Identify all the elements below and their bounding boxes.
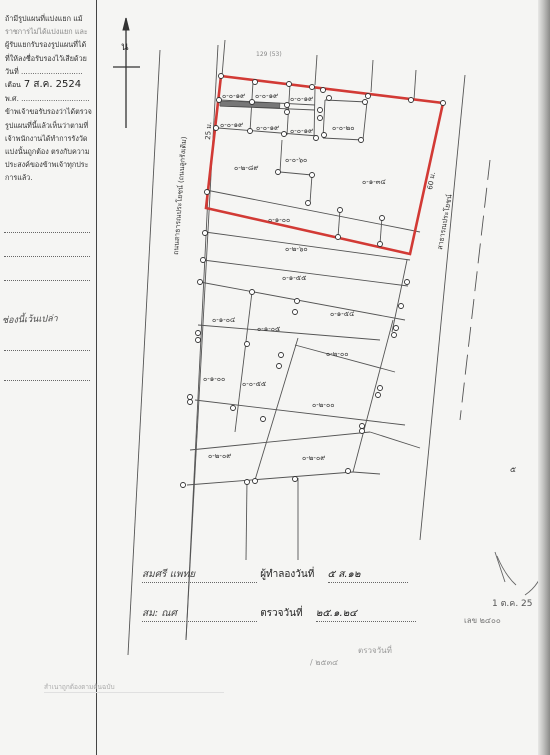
- survey-date-label: ผู้ทำลองวันที่: [260, 569, 314, 580]
- north-arrow-icon: น: [113, 18, 140, 128]
- top-note: 129 (53): [256, 51, 282, 58]
- bottom-note: สำเนาถูกต้องตามต้นฉบับ: [44, 682, 224, 693]
- parcel-area: ๐-๐-๒๐: [332, 124, 354, 132]
- parcel-area: ๐-๑-๐๕: [257, 325, 280, 333]
- right-date: 1 ต.ค. 25: [492, 596, 533, 610]
- parcel-area: ๐-๐-๖๐: [285, 156, 307, 164]
- parcel-area: ๐-๑-๕๔: [330, 310, 354, 318]
- parcel-area: ๐-๐-๕๕: [242, 380, 266, 388]
- parcel-area: ๐-๒-๖๐: [285, 245, 308, 253]
- parcel-area: ๐-๑-๐๔: [212, 316, 235, 324]
- check-date-label: ตรวจวันที่: [260, 608, 302, 619]
- parcel-area: ๐-๐-๑๙: [222, 92, 245, 100]
- width-label-right: 60 ม.: [426, 171, 437, 190]
- survey-map: น: [0, 0, 550, 755]
- mark: ๕: [510, 465, 516, 474]
- check-date: ๒๕.๑.๒๔: [316, 606, 416, 622]
- parcel-area: ๐-๑-๓๔: [362, 178, 386, 186]
- parcel-area: ๐-๐-๑๙: [220, 121, 243, 129]
- parcel-area: ๐-๒-๐๙: [302, 454, 325, 462]
- parcel-area: ๐-๐-๑๙: [255, 92, 278, 100]
- parcel-area: ๐-๐-๑๙: [256, 124, 279, 132]
- checker-row: สม: ณศ ตรวจวันที่ ๒๕.๑.๒๔: [142, 606, 416, 622]
- checker-signature: สม: ณศ: [142, 606, 257, 622]
- parcel-area: ๐-๒-๘๙: [234, 164, 258, 172]
- surveyor-signature: สมศรี แพทย: [142, 567, 257, 583]
- road-label-left: ถนนสาธารณประโยชน์ (ถนนลูกรังเดิม): [171, 136, 188, 255]
- parcel-area: ๐-๐-๑๙: [290, 95, 313, 103]
- parcel-area: ๐-๑-๐๐: [203, 375, 225, 383]
- parcel-area: ๐-๑-๐๐: [268, 216, 290, 224]
- page-edge: [538, 0, 550, 755]
- survey-date: ๕ ส.๑๒: [328, 567, 408, 583]
- faint-number: / ๒๕๓๔: [310, 656, 338, 669]
- right-number: เลข ๒๔๐๐: [464, 614, 501, 627]
- parcel-area: ๐-๒-๐๙: [208, 452, 231, 460]
- width-label-left: 25 ม.: [204, 122, 213, 140]
- parcel-area: ๐-๐-๑๙: [290, 127, 313, 135]
- parcel-area: ๐-๑-๕๕: [282, 274, 306, 282]
- parcel-area: ๐-๒-๐๐: [326, 350, 348, 358]
- parcel-area: ๐-๒-๐๐: [312, 401, 334, 409]
- svg-text:น: น: [121, 40, 129, 53]
- survey-document: ถ้ามีรูปแผนที่แบ่งแยก แม้ ราชการไม่ได้แบ…: [0, 0, 550, 755]
- surveyor-row: สมศรี แพทย ผู้ทำลองวันที่ ๕ ส.๑๒: [142, 567, 408, 583]
- faint-note: ตรวจวันที่: [358, 644, 392, 657]
